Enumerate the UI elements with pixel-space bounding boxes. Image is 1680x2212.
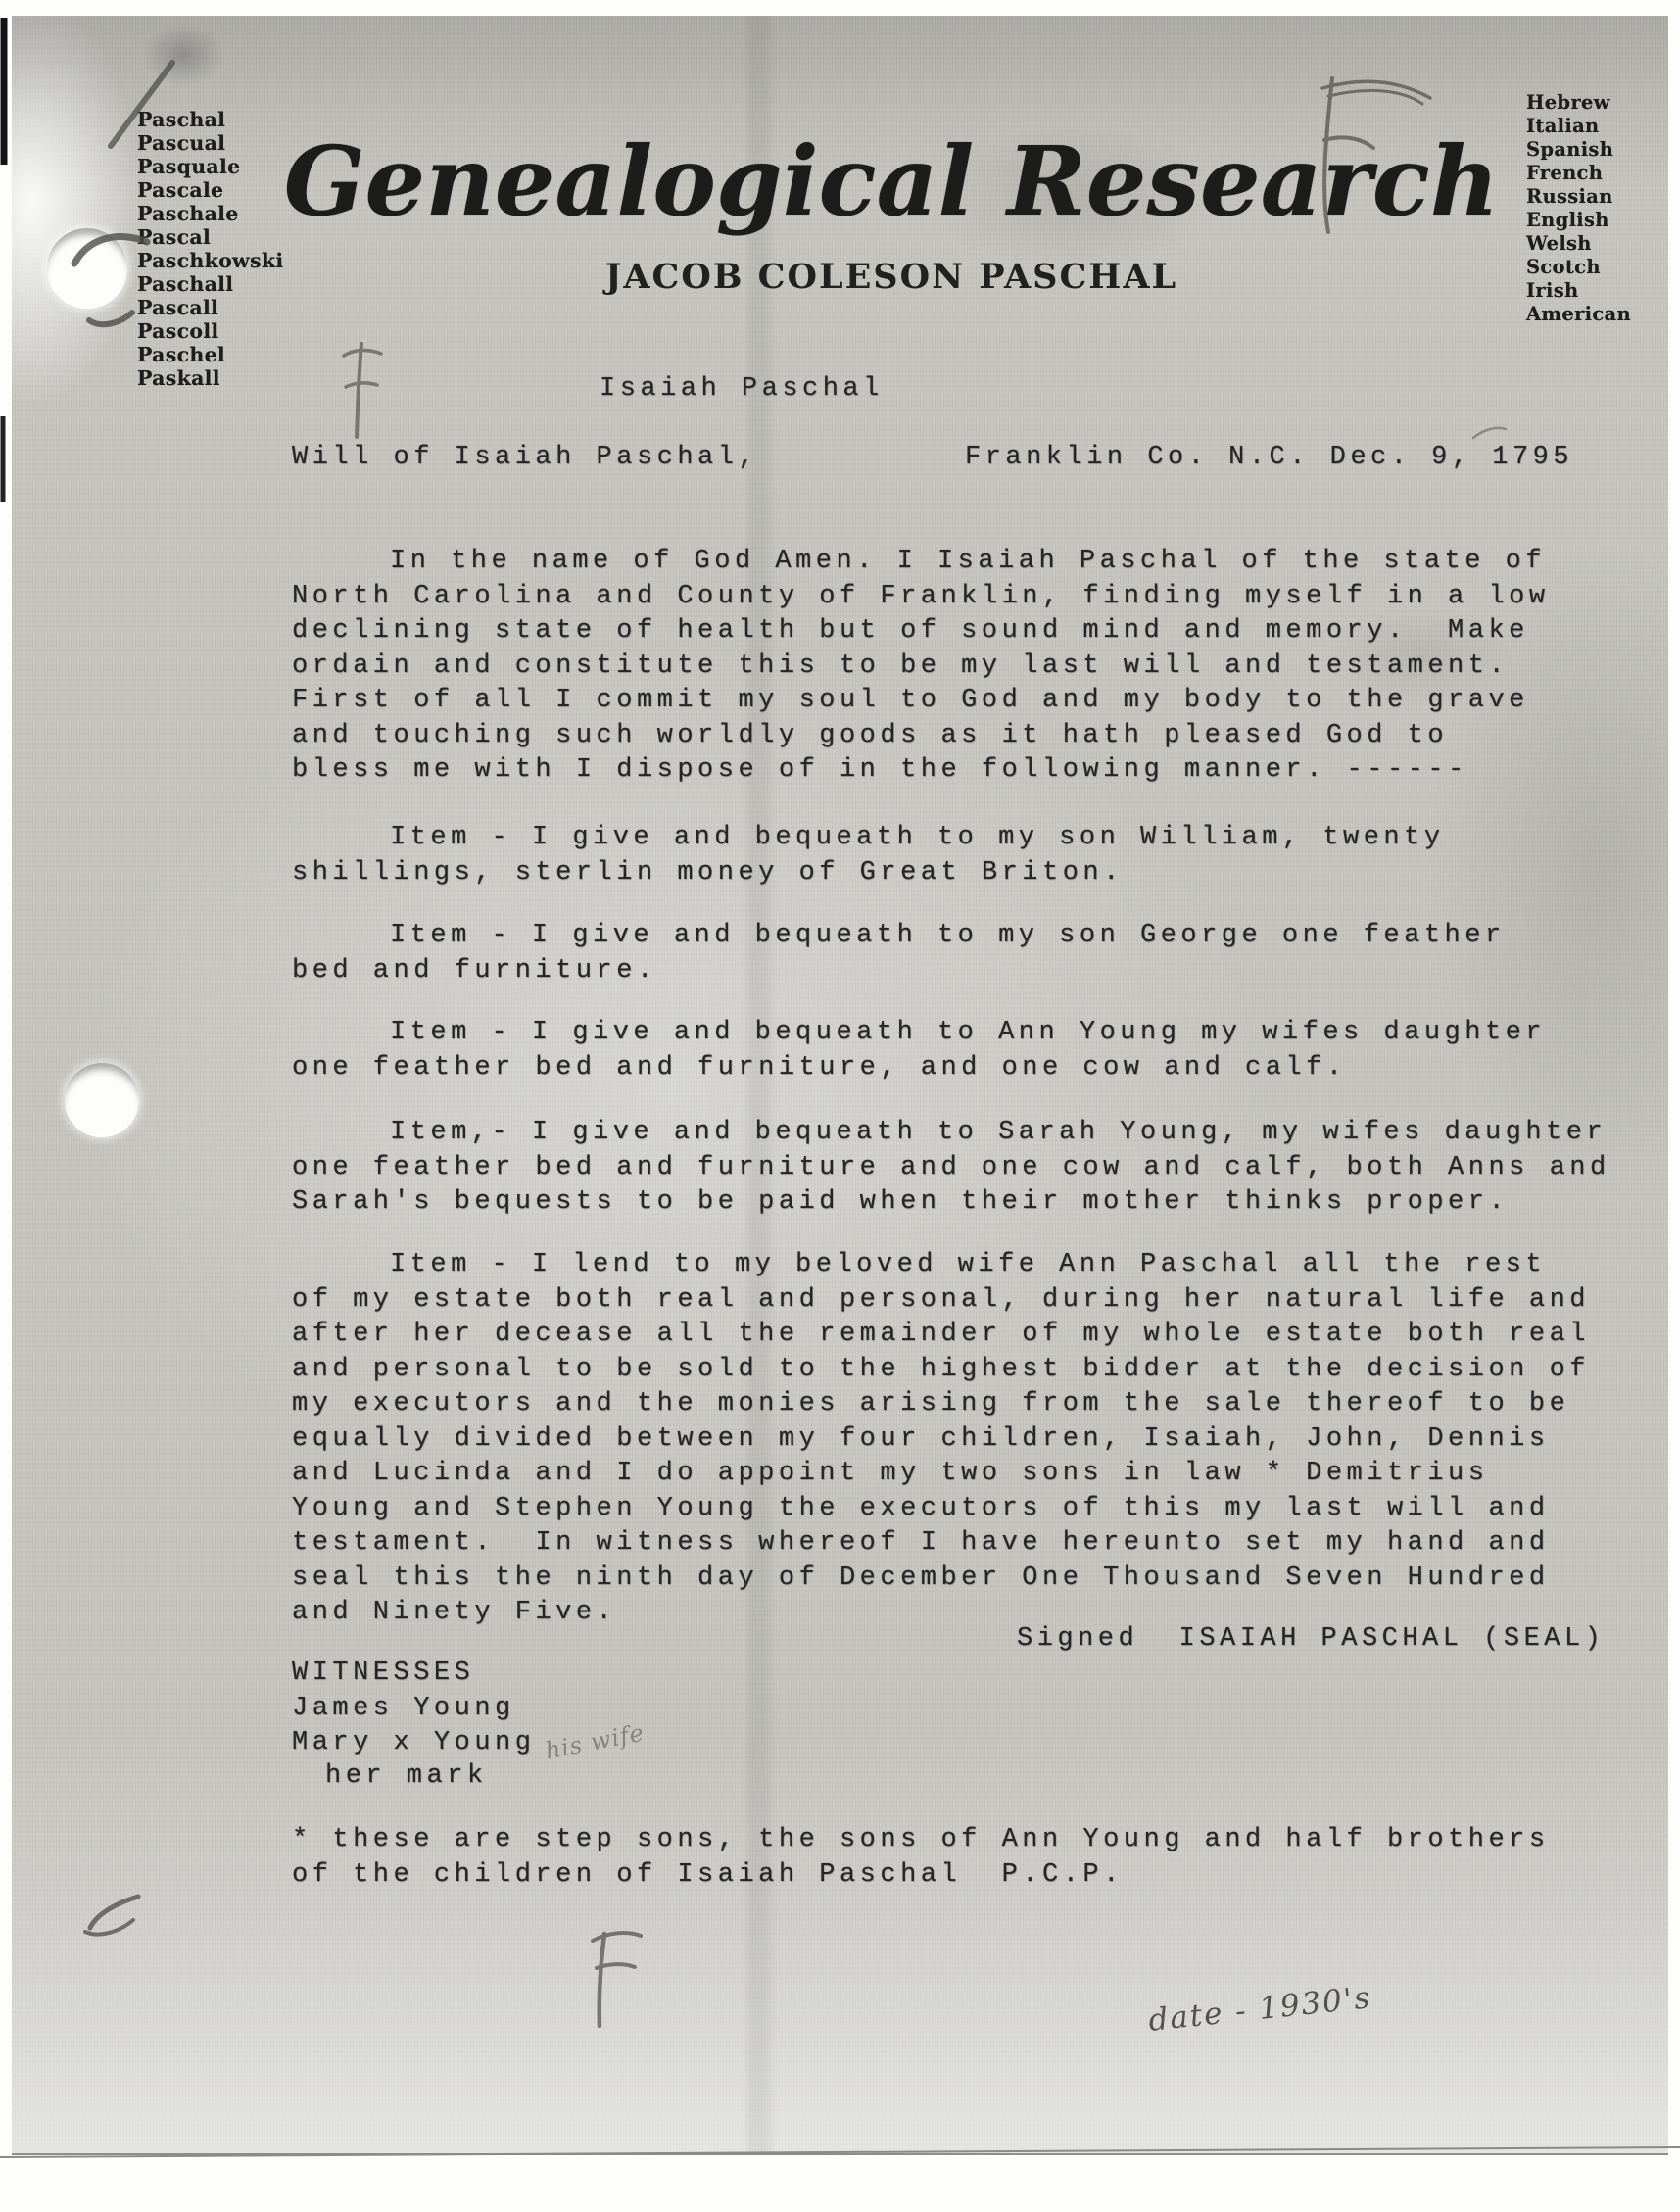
signature-line: Signed ISAIAH PASCHAL (SEAL) [1017, 1622, 1605, 1658]
scanned-document-page: PaschalPascualPasqualePascalePaschalePas… [0, 0, 1680, 2212]
document-subject: Isaiah Paschal [600, 372, 884, 408]
bequest-item-sarah: Item,- I give and bequeath to Sarah Youn… [292, 1116, 1610, 1221]
language-item: English [1526, 209, 1631, 232]
letterhead-title: Genealogical Research [206, 125, 1577, 237]
surname-variant: Paskall [137, 366, 283, 390]
will-opening-paragraph: In the name of God Amen. I Isaiah Pascha… [292, 545, 1550, 789]
language-item: Irish [1526, 279, 1631, 303]
bequest-item-william: Item - I give and bequeath to my son Wil… [292, 821, 1445, 890]
researcher-name: JACOB COLESON PASCHAL [206, 257, 1577, 297]
language-list: HebrewItalianSpanishFrenchRussianEnglish… [1526, 91, 1631, 326]
language-item: French [1526, 162, 1631, 185]
will-title: Will of Isaiah Paschal, [292, 441, 758, 476]
bequest-item-george: Item - I give and bequeath to my son Geo… [292, 919, 1506, 988]
footnote: * these are step sons, the sons of Ann Y… [292, 1823, 1550, 1893]
bequest-item-ann: Item - I give and bequeath to Ann Young … [292, 1016, 1546, 1085]
language-item: Italian [1526, 115, 1631, 138]
punch-hole-middle [65, 1063, 139, 1137]
language-item: Scotch [1526, 256, 1631, 279]
her-mark-note: her mark [325, 1759, 488, 1795]
will-location-date: Franklin Co. N.C. Dec. 9, 1795 [965, 441, 1573, 476]
language-item: Welsh [1526, 232, 1631, 256]
bequest-item-wife-estate: Item - I lend to my beloved wife Ann Pas… [292, 1248, 1590, 1631]
surname-variant: Pascoll [137, 319, 283, 343]
surname-variant: Paschel [137, 343, 283, 366]
language-item: Russian [1526, 185, 1631, 209]
language-item: Spanish [1526, 138, 1631, 162]
punch-hole-top [47, 228, 127, 309]
surname-variant: Pascall [137, 296, 283, 319]
witnesses-block: WITNESSES James Young Mary x Young [292, 1657, 535, 1761]
language-item: Hebrew [1526, 91, 1631, 115]
language-item: American [1526, 303, 1631, 326]
